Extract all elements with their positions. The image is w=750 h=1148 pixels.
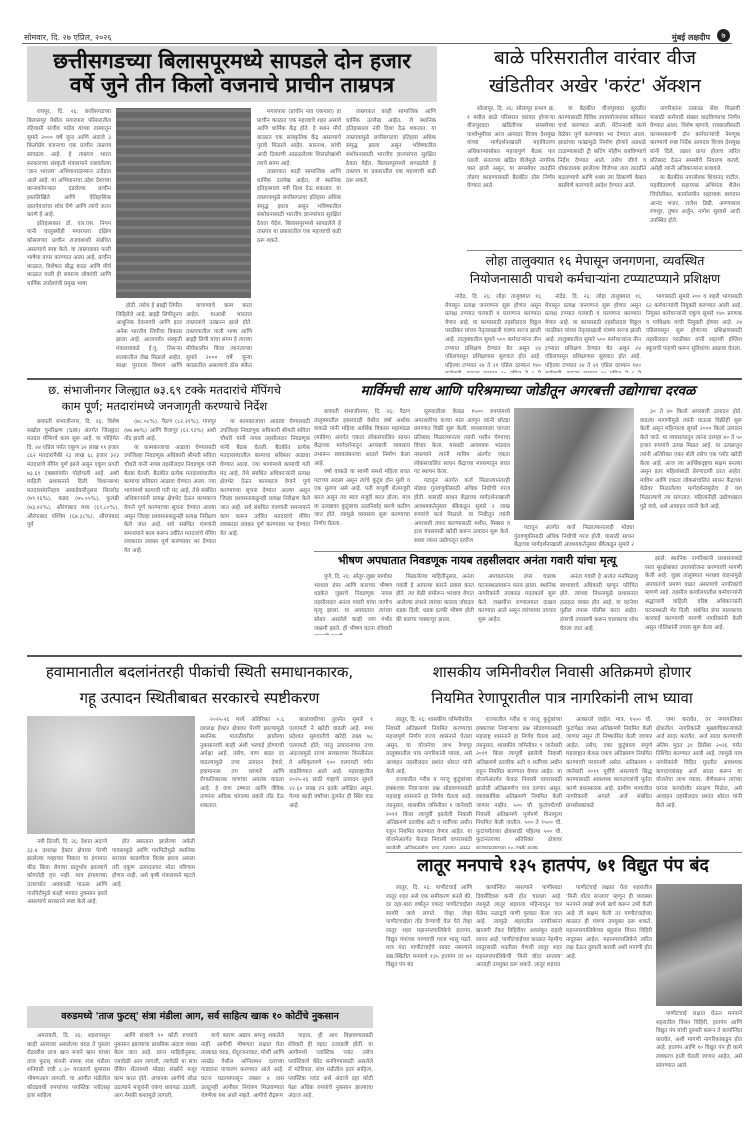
bale-col-1: सोलापूर, दि. २६: सोलापूर प्रभाग क्र. १ म… [467,105,555,245]
divider [467,250,742,251]
divider [386,852,742,853]
agarbatti-col-1: छत्रपती संभाजीनगर, दि. २६: पैठण तालुक्या… [314,408,410,548]
latur-pumps-headline: लातूर मनपाचे १३५ हातपंप, ७१ विद्युत पंप … [380,856,746,876]
gawari-col-5: झाले. स्थानिक नागरिकांनी प्रशासनाकडे रस्… [645,555,742,635]
gawari-col-4: अनंता गवारी हे अत्यंत मनमिळावू स्वभावाचे… [560,573,638,635]
bale-col-3: नागरिकांना तत्काळ सेवा मिळावी यासाठी कर्… [650,105,740,245]
loha-headline-line1: लोहा तालुक्यात १६ मेपासून जनगणना, व्यवस्… [445,254,745,268]
gawari-headline: भीषण अपघातात निवडणूक नायब तहसीलदार अनंता… [312,555,642,568]
grain-photo [27,716,195,834]
agarbatti-col-2: सुरुवातीला केवळ १५०० रुपयांमध्ये अगरबत्त… [414,408,510,548]
atikraman-col-1: लातूर, दि. २६: शासकीय जमिनीवरील निवासी अ… [386,716,472,849]
atikraman-col-4: जमा करावेत, तर नगरपालिका क्षेत्रातील नाग… [656,716,742,849]
atikraman-col-3: आकारले जाईल. मात्र, १५०० चौ. फुटांपेक्षा… [566,716,652,849]
tamrapatra-headline-line2: वर्षे जुने तीन किलो वजनाचे प्राचीन ताम्र… [27,73,437,97]
agarbatti-headline: मार्विमची साथ आणि परिश्रमाच्या जोडीतून अ… [312,384,744,400]
page-header: सोमवार, दि. २७ एप्रिल, २०२६ मुंबई लक्षदी… [22,26,732,44]
mapping-col-2: (७८.०८%), पैठण (८२.२१%), गंगापूर (७७.७७%… [124,418,216,633]
newspaper-name: मुंबई लक्षदीप [672,32,710,43]
tamrapatra-col-3: वाचण्याचे काम करत आहेत. याआधी भारतात ताम… [186,302,252,370]
tamrapatra-headline-line1: छत्तीसगडच्या बिलासपूरमध्ये सापडले दोन हज… [27,49,437,73]
tamrapatra-photo [116,108,251,298]
mapping-col-3: या कामकाजाचा आढावा घेण्यासाठी उपजिल्हा न… [220,418,310,633]
bale-col-2: या बैठकीत वीजपुरवठा सुरळीत करण्यासाठी वि… [558,105,646,245]
loha-col-3: भागासाठी सुमारे २०० व शहरी भागासाठी ६२ क… [646,293,742,373]
atikraman-col-2: राज्यातील गरीब व गरजू कुटुंबांच्या हक्का… [476,716,562,849]
mapping-headline-line2: काम पूर्ण; मतदारांमध्ये जनजागृती करण्याच… [22,400,307,413]
page-number-badge: ७ [717,29,730,42]
agarbatti-col-4: ३० ते ४० किलो अगरबत्ती उत्पादन होते. वाढ… [640,408,742,548]
varud-headline: वरुडमध्ये 'ताज फुटस्' संत्रा मंडीला आग, … [27,1006,373,1028]
havaman-col-3: २०२५-२६ मध्ये अतिरिक्त ०.६ दशलक्ष हेक्टर… [200,716,284,998]
varud-col-1: अमरावती, दि. २६: शहरापासून काही अंतरावर … [27,1032,110,1122]
mapping-headline-line1: छ. संभाजीनगर जिल्ह्यात ७३.६९ टक्के मतदार… [22,384,307,397]
havaman-headline-line2: गहू उत्पादन स्थितीबाबत सरकारचे स्पष्टीकर… [22,690,377,707]
atikraman-headline-line2: नियमित रेणापूरातील पात्र नागरिकांनी लाभ … [378,690,746,707]
agarbatti-col-3: गटातून अंतर्गत कर्ज मिळाल्यानंतरही मोठ्य… [514,524,634,548]
pump-photo [656,884,742,1006]
gawari-col-2: मिळालेल्या माहितीनुसार, अनंता गवारी हे आ… [396,573,474,635]
varud-headline-box: वरुडमध्ये 'ताज फुटस्' संत्रा मंडीला आग, … [27,1006,373,1028]
agarbatti-photo [514,408,634,520]
latur-pumps-col-4: पाणीटंचाई लक्षात घेऊन मनपाने शहरातील विं… [656,1010,742,1146]
loha-col-2: नांदेड, दि. २६: लोहा तालुक्यात १६ मेपासू… [545,293,641,373]
divider [314,551,742,552]
tamrapatra-headline-box: छत्तीसगडच्या बिलासपूरमध्ये सापडले दोन हज… [27,46,437,102]
latur-pumps-col-2: कार्यान्वित नसल्याने पाणीसाठा दिवसेंदिवस… [476,884,562,1146]
gawari-col-1: पुणे, दि. २६: ओतूर-जुन्नर मार्गावर भरधाव… [314,573,392,635]
latur-pumps-col-3: पाणीटंचाई लक्षात घेता शहरातील 'मिनी वॉटर… [566,884,652,1146]
tamrapatra-col-5: ताम्रपत्रात काही सामाजिक आणि धार्मिक उल्… [346,108,436,370]
section-divider [27,655,742,657]
bale-headline-line2: खंडितीवर अखेर 'करंट' ॲक्शन [445,76,745,98]
havaman-col-4: कालावधीच्या तुलनेत सुमारे १ एलएमटी ने खर… [289,716,373,998]
gawari-col-3: अपघातानंतर डंपर चालक घटनास्थळावरून फरार … [478,573,556,635]
varud-col-2: आणि संत्र्यांचे १० कोटी रुपयांचे नुकसान … [114,1032,197,1122]
tamrapatra-col-2: होती. तसेच हे ब्राह्मी लिपीत लिहिलेले आह… [116,302,182,370]
tamrapatra-col-4: मगारपारा (प्राचीन नाव एकपारा) हा प्राचीन… [257,108,341,370]
latur-pumps-col-1: लातूर, दि. २६: पाणीटंचाई आणि लातूर शहर अ… [386,884,472,1146]
mapping-col-1: छत्रपती संभाजीनगर, दि. २६: विशेष सखोल पु… [27,418,119,633]
atikraman-headline-line1: शासकीय जमिनीवरील निवासी अतिक्रमणे होणार [378,664,746,681]
varud-col-4: पाहता, ही आग विझवण्यासाठी रविवारी ही पहा… [288,1032,373,1122]
havaman-col-2: होत असताना झालेल्या अवेळी पावसामुळे आणि … [112,838,195,998]
loha-col-1: नांदेड, दि. २६: लोहा तालुक्यात १६ मेपासू… [445,293,541,373]
bale-headline-line1: बाळे परिसरातील वारंवार वीज [445,48,745,70]
loha-headline-line2: नियोजनासाठी पाचशे कर्मचाऱ्यांना टप्प्याट… [445,272,745,286]
havaman-headline-line1: हवामानातील बदलांनंतरही पीकांची स्थिती सम… [22,664,377,681]
section-divider [27,378,742,380]
havaman-col-1: नवी दिल्ली, दि. २६: देशात अंदाजे ३३.४ दश… [27,838,107,998]
issue-date: सोमवार, दि. २७ एप्रिल, २०२६ [24,32,112,43]
varud-col-3: याचे कारण अद्याप समजू शकलेले नाही. आगीची… [201,1032,284,1122]
tamrapatra-col-1: रायपूर, दि. २६: छत्तीसगडच्या बिलासपूर ये… [27,108,111,370]
